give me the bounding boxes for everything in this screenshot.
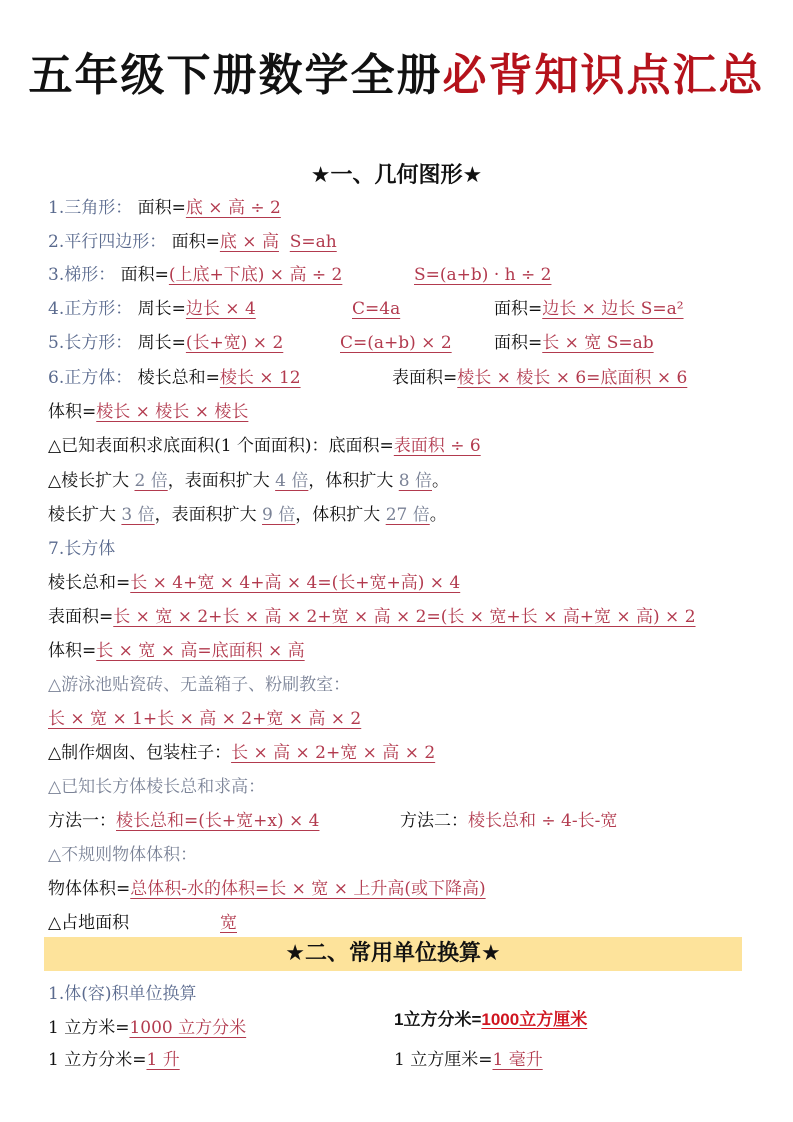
unit-item: 1 立方分米=1 升: [48, 1048, 180, 1072]
label: 6.正方体：: [48, 368, 132, 388]
value: 4 倍: [275, 471, 308, 491]
text: 1 立方米=: [48, 1018, 129, 1038]
square-area: 面积=边长 × 边长 S=a²: [494, 297, 684, 321]
section-heading-geometry: ★一、几何图形★: [0, 158, 793, 189]
unit-item: 1 立方米=1000 立方分米: [48, 1016, 246, 1040]
formula-symbolic: C=4a: [352, 299, 400, 319]
formula: 长 × 4+宽 × 4+高 × 4=(长+宽+高) × 4: [130, 573, 460, 593]
subheading-cuboid: 7.长方体: [48, 537, 115, 561]
formula: 长 × 宽 × 1+长 × 高 × 2+宽 × 高 × 2: [48, 709, 361, 729]
text: 棱长总和=: [138, 368, 220, 388]
cube-surface-area: 表面积=棱长 × 棱长 × 6=底面积 × 6: [392, 366, 687, 390]
unit-item: 1 立方厘米=1 毫升: [394, 1048, 543, 1072]
text: 。: [432, 471, 449, 491]
text: 棱长扩大: [48, 505, 116, 525]
value: 27 倍: [386, 505, 430, 525]
row-trapezoid: 3.梯形： 面积=(上底+下底) × 高 ÷ 2: [48, 263, 342, 287]
formula: 边长 × 4: [186, 299, 256, 319]
row-pool-formula: 长 × 宽 × 1+长 × 高 × 2+宽 × 高 × 2: [48, 707, 361, 731]
subheading-volume-units: 1.体(容)积单位换算: [48, 982, 196, 1006]
text: △棱长扩大: [48, 471, 129, 491]
unit-item: 1立方分米=1000立方厘米: [394, 1008, 587, 1032]
text: 。: [430, 505, 447, 525]
page-title: 五年级下册数学全册必背知识点汇总: [0, 48, 793, 104]
text: 面积=: [121, 265, 169, 285]
row-parallelogram: 2.平行四边形： 面积=底 × 高 S=ah: [48, 230, 337, 254]
formula: 长 × 宽 S=ab: [542, 333, 653, 353]
label: 5.长方形：: [48, 333, 132, 353]
value: 3 倍: [121, 505, 154, 525]
text: 体积=: [48, 402, 96, 422]
text: 体积=: [48, 641, 96, 661]
label: 1.三角形：: [48, 198, 132, 218]
formula: 棱长 × 棱长 × 棱长: [96, 402, 248, 422]
text: 1立方分米=: [394, 1010, 481, 1029]
formula: 底 × 高: [220, 232, 279, 252]
formula: (长+宽) × 2: [186, 333, 283, 353]
formula-symbolic: S=ah: [290, 232, 337, 252]
text: 棱长总和=: [48, 573, 130, 593]
formula: 表面积 ÷ 6: [394, 436, 481, 456]
formula-symbolic: C=(a+b) × 2: [340, 333, 452, 353]
row-cube-volume: 体积=棱长 × 棱长 × 棱长: [48, 400, 248, 424]
text: 周长=: [138, 333, 186, 353]
formula: 1 毫升: [492, 1050, 542, 1070]
text: 方法一：: [48, 811, 116, 831]
note-pool-tiles: △游泳池贴瓷砖、无盖箱子、粉刷教室：: [48, 673, 350, 697]
row-triangle: 1.三角形： 面积=底 × 高 ÷ 2: [48, 196, 281, 220]
label: 2.平行四边形：: [48, 232, 166, 252]
formula: (上底+下底) × 高 ÷ 2: [169, 265, 342, 285]
footprint-formula: 宽: [220, 911, 237, 935]
text: ，表面积扩大: [168, 471, 270, 491]
row-scale-2: △棱长扩大 2 倍，表面积扩大 4 倍，体积扩大 8 倍。: [48, 469, 449, 493]
rect-perimeter-symbolic: C=(a+b) × 2: [340, 331, 452, 355]
formula: 长 × 宽 × 高=底面积 × 高: [96, 641, 304, 661]
text: 表面积=: [392, 368, 457, 388]
value: 2 倍: [134, 471, 167, 491]
label: 3.梯形：: [48, 265, 115, 285]
formula: 1 升: [146, 1050, 179, 1070]
row-square: 4.正方形： 周长=边长 × 4: [48, 297, 256, 321]
title-black: 五年级下册数学全册: [29, 50, 443, 101]
formula: 棱长 × 棱长 × 6=底面积 × 6: [457, 368, 687, 388]
text: 周长=: [138, 299, 186, 319]
text: 方法二：: [400, 811, 468, 831]
text: 1 立方厘米=: [394, 1050, 492, 1070]
title-red: 必背知识点汇总: [443, 50, 765, 101]
note-find-height: △已知长方体棱长总和求高：: [48, 775, 265, 799]
text: △制作烟囱、包装柱子：: [48, 743, 231, 763]
formula: 1000立方厘米: [481, 1010, 587, 1029]
text: △占地面积: [48, 913, 129, 933]
label: 4.正方形：: [48, 299, 132, 319]
row-cuboid-surface: 表面积=长 × 宽 × 2+长 × 高 × 2+宽 × 高 × 2=(长 × 宽…: [48, 605, 696, 629]
row-cuboid-edges: 棱长总和=长 × 4+宽 × 4+高 × 4=(长+宽+高) × 4: [48, 571, 460, 595]
formula: 棱长总和=(长+宽+x) × 4: [116, 811, 319, 831]
text: △已知表面积求底面积(1 个面面积)：底面积=: [48, 436, 394, 456]
row-method-2: 方法二：棱长总和 ÷ 4-长-宽: [400, 809, 617, 833]
value: 8 倍: [399, 471, 432, 491]
formula: 1000 立方分米: [129, 1018, 246, 1038]
square-perimeter-symbolic: C=4a: [352, 297, 400, 321]
section-heading-units: ★二、常用单位换算★: [44, 937, 742, 971]
text: ，体积扩大: [295, 505, 380, 525]
row-method-1: 方法一：棱长总和=(长+宽+x) × 4: [48, 809, 319, 833]
formula: 棱长总和 ÷ 4-长-宽: [468, 811, 617, 831]
text: 1 立方分米=: [48, 1050, 146, 1070]
row-chimney: △制作烟囱、包装柱子：长 × 高 × 2+宽 × 高 × 2: [48, 741, 435, 765]
formula-symbolic: S=(a+b) · h ÷ 2: [414, 265, 551, 285]
row-irregular-volume: 物体体积=总体积-水的体积=长 × 宽 × 上升高(或下降高): [48, 877, 486, 901]
row-cuboid-volume: 体积=长 × 宽 × 高=底面积 × 高: [48, 639, 305, 663]
row-scale-3: 棱长扩大 3 倍，表面积扩大 9 倍，体积扩大 27 倍。: [48, 503, 447, 527]
note-irregular-volume: △不规则物体体积：: [48, 843, 197, 867]
text: ，表面积扩大: [155, 505, 257, 525]
text: 面积=: [138, 198, 186, 218]
formula: 长 × 宽 × 2+长 × 高 × 2+宽 × 高 × 2=(长 × 宽+长 ×…: [113, 607, 695, 627]
text: 面积=: [494, 333, 542, 353]
formula: 边长 × 边长 S=a²: [542, 299, 683, 319]
formula: 长 × 高 × 2+宽 × 高 × 2: [231, 743, 435, 763]
text: 面积=: [172, 232, 220, 252]
formula: 底 × 高 ÷ 2: [186, 198, 281, 218]
formula: 棱长 × 12: [220, 368, 301, 388]
text: 物体体积=: [48, 879, 130, 899]
text: ，体积扩大: [308, 471, 393, 491]
text: 面积=: [494, 299, 542, 319]
row-footprint: △占地面积: [48, 911, 129, 935]
text: 表面积=: [48, 607, 113, 627]
value: 9 倍: [262, 505, 295, 525]
formula: 总体积-水的体积=长 × 宽 × 上升高(或下降高): [130, 879, 485, 899]
row-base-area: △已知表面积求底面积(1 个面面积)：底面积=表面积 ÷ 6: [48, 434, 481, 458]
row-cube: 6.正方体： 棱长总和=棱长 × 12: [48, 366, 301, 390]
row-rectangle: 5.长方形： 周长=(长+宽) × 2: [48, 331, 283, 355]
rect-area: 面积=长 × 宽 S=ab: [494, 331, 654, 355]
trapezoid-symbolic: S=(a+b) · h ÷ 2: [414, 263, 551, 287]
formula: 宽: [220, 913, 237, 933]
